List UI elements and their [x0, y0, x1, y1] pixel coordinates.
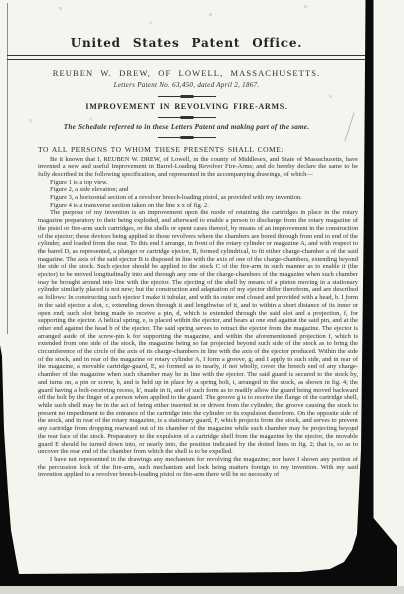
paper-specks [0, 0, 1, 1]
figure-reference-line: Figure 1 is a top view. [38, 179, 358, 187]
section-divider [158, 96, 216, 97]
specification-paragraph: I have not represented in the drawings a… [38, 456, 358, 479]
figure-reference-line: Figure 3, a horizontal section of a revo… [38, 194, 358, 202]
preamble-paragraph: Be it known that I, REUBEN W. DREW, of L… [38, 156, 358, 179]
inventor-name-line: REUBEN W. DREW, OF LOWELL, MASSACHUSETTS… [7, 68, 366, 78]
scan-bed-strip [0, 586, 404, 594]
specification-body: Be it known that I, REUBEN W. DREW, of L… [38, 156, 358, 480]
section-divider [158, 137, 216, 138]
patent-office-masthead: United States Patent Office. [7, 36, 366, 50]
patent-page-content: United States Patent Office. REUBEN W. D… [7, 0, 366, 479]
patent-number-line: Letters Patent No. 63,450, dated April 2… [7, 81, 366, 89]
double-rule-divider [7, 55, 366, 60]
figure-reference-line: Figure 4 is a transverse section taken o… [38, 202, 358, 210]
figure-reference-line: Figure 2, a side elevation; and [38, 186, 358, 194]
patent-document-scan: United States Patent Office. REUBEN W. D… [0, 0, 404, 594]
invention-title: IMPROVEMENT IN REVOLVING FIRE-ARMS. [7, 102, 366, 111]
specification-paragraph: The purpose of my invention is an improv… [38, 209, 358, 456]
salutation-line: TO ALL PERSONS TO WHOM THESE PRESENTS SH… [38, 145, 366, 154]
schedule-clause: The Schedule referred to in these Letter… [7, 123, 366, 131]
section-divider [158, 117, 216, 118]
